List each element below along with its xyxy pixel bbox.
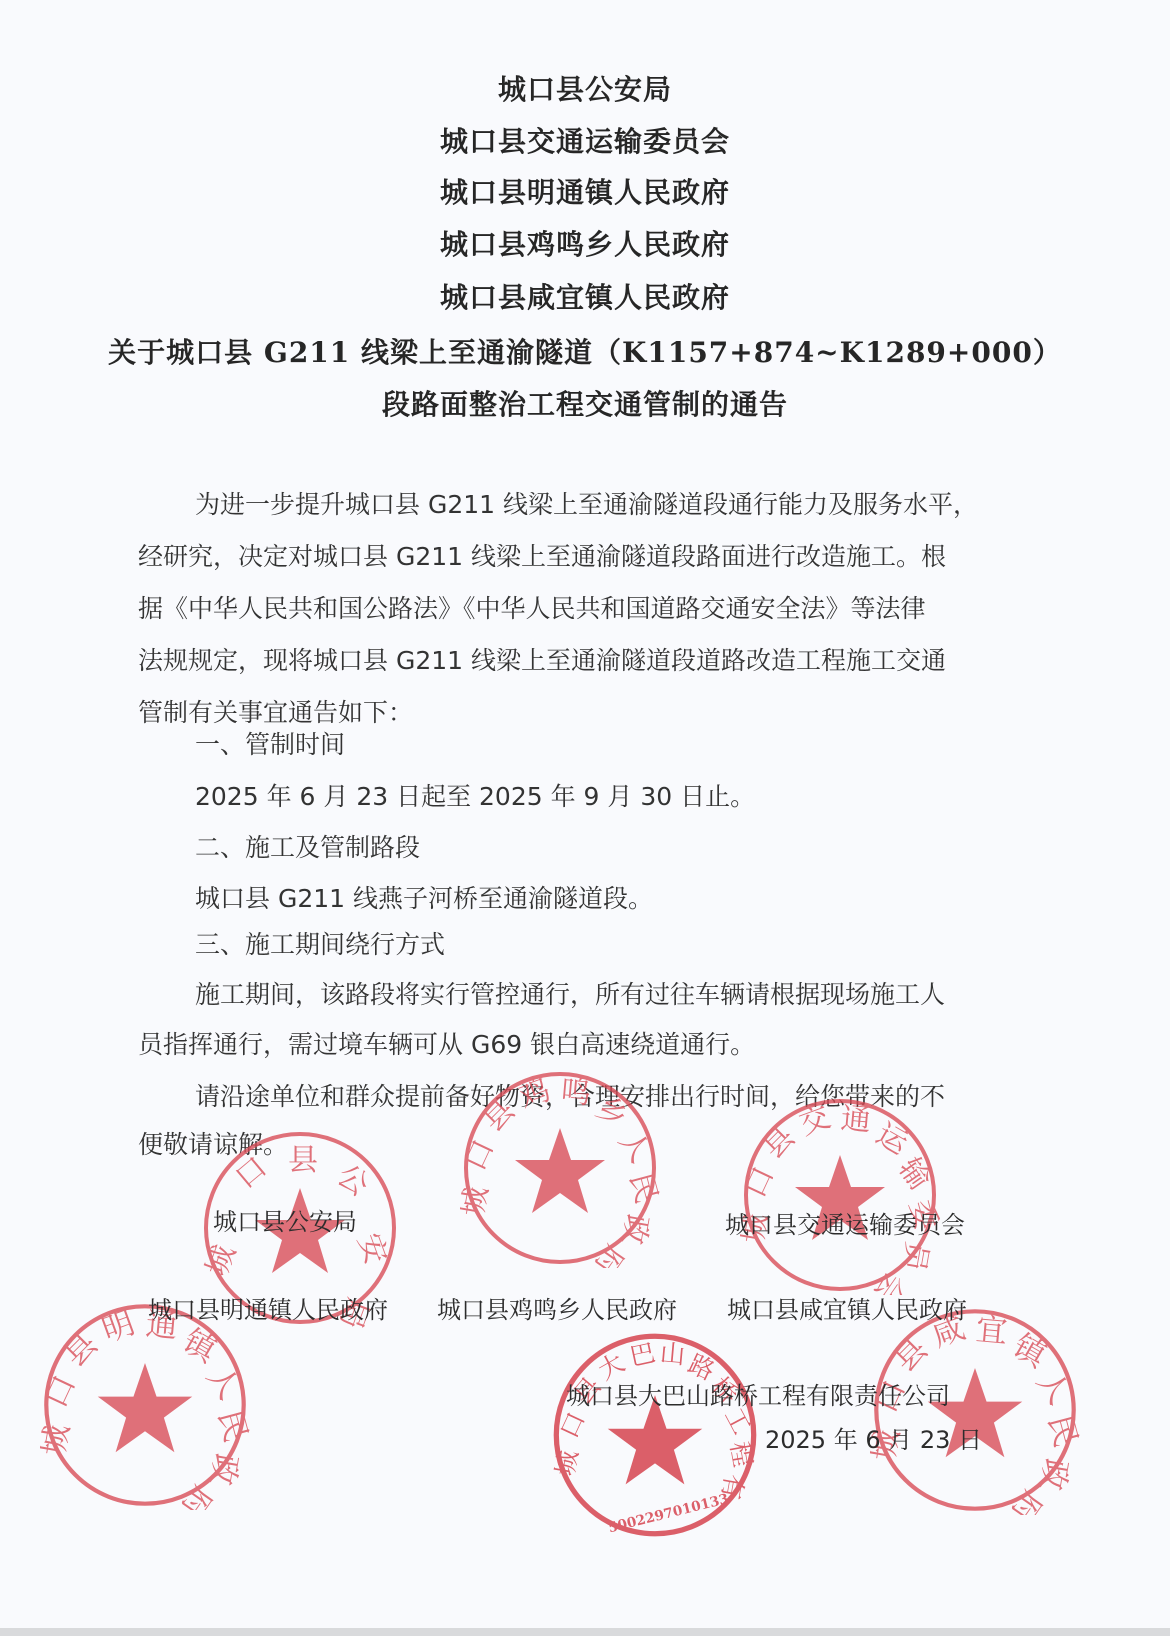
issuer-mingtong: 城口县明通镇人民政府 xyxy=(0,176,1170,210)
notice-title-line2: 段路面整治工程交通管制的通告 xyxy=(0,388,1170,422)
stamp-company: 城 口 县 大 巴 山 路 桥 工 程 有 5002297010133 xyxy=(550,1330,760,1540)
issuer-transport: 城口县交通运输委员会 xyxy=(0,125,1170,159)
section-content-detour-line2: 员指挥通行，需过境车辆可从 G69 银白高速绕道通行。 xyxy=(138,1028,755,1062)
intro-paragraph: 为进一步提升城口县 G211 线梁上至通渝隧道段通行能力及服务水平， 经研究，决… xyxy=(138,479,1038,739)
star-icon xyxy=(515,1128,605,1213)
svg-text:民: 民 xyxy=(211,1406,250,1446)
section-heading-control-time: 一、管制时间 xyxy=(195,728,345,762)
svg-text:人: 人 xyxy=(611,1125,657,1170)
signature-jiming: 城口县鸡鸣乡人民政府 xyxy=(437,1295,677,1325)
intro-line: 法规规定，现将城口县 G211 线梁上至通渝隧道段道路改造工程施工交通 xyxy=(138,635,1038,687)
section-content-detour-line1: 施工期间，该路段将实行管控通行，所有过往车辆请根据现场施工人 xyxy=(195,978,945,1012)
svg-text:县: 县 xyxy=(476,1093,522,1139)
svg-text:民: 民 xyxy=(1041,1411,1080,1451)
section-heading-detour: 三、施工期间绕行方式 xyxy=(195,928,445,962)
svg-text:人: 人 xyxy=(199,1360,247,1406)
svg-text:乡: 乡 xyxy=(590,1090,633,1135)
svg-text:县: 县 xyxy=(756,1120,802,1166)
svg-text:人: 人 xyxy=(1029,1365,1077,1411)
svg-text:城: 城 xyxy=(460,1184,495,1220)
svg-text:宜: 宜 xyxy=(974,1312,1009,1351)
svg-text:员: 员 xyxy=(895,1239,935,1277)
stamp-mingtong: 城 口 县 明 通 镇 人 民 政 府 xyxy=(40,1300,250,1510)
notice-title-line1: 关于城口县 G211 线梁上至通渝隧道（K1157+874~K1289+000） xyxy=(0,336,1170,370)
svg-text:政: 政 xyxy=(615,1212,655,1248)
svg-text:镇: 镇 xyxy=(177,1323,224,1371)
issuer-jiming: 城口县鸡鸣乡人民政府 xyxy=(0,228,1170,262)
signature-date: 2025 年 6 月 23 日 xyxy=(765,1425,982,1455)
svg-text:府: 府 xyxy=(173,1479,221,1510)
svg-text:县: 县 xyxy=(887,1331,935,1379)
svg-text:县: 县 xyxy=(288,1143,318,1178)
svg-text:交: 交 xyxy=(795,1099,835,1142)
signature-mingtong: 城口县明通镇人民政府 xyxy=(148,1295,388,1325)
intro-line: 为进一步提升城口县 G211 线梁上至通渝隧道段通行能力及服务水平， xyxy=(138,479,1038,531)
svg-text:县: 县 xyxy=(57,1326,105,1374)
svg-text:城: 城 xyxy=(40,1422,76,1459)
issuer-police: 城口县公安局 xyxy=(0,73,1170,107)
document-page: 城口县公安局 城口县交通运输委员会 城口县明通镇人民政府 城口县鸡鸣乡人民政府 … xyxy=(0,0,1170,1628)
intro-line: 据《中华人民共和国公路法》《中华人民共和国道路交通安全法》等法律 xyxy=(138,583,1038,635)
signature-xianyi: 城口县咸宜镇人民政府 xyxy=(727,1295,967,1325)
svg-text:程: 程 xyxy=(725,1439,758,1469)
svg-text:巴: 巴 xyxy=(627,1338,658,1372)
stamp-jiming: 城 口 县 鸡 鸣 乡 人 民 政 府 xyxy=(460,1068,660,1268)
svg-text:政: 政 xyxy=(1033,1456,1074,1493)
svg-text:府: 府 xyxy=(1003,1484,1051,1515)
section-content-road-segment: 城口县 G211 线燕子河桥至通渝隧道段。 xyxy=(195,882,653,916)
svg-text:运: 运 xyxy=(870,1117,914,1163)
issuer-xianyi: 城口县咸宜镇人民政府 xyxy=(0,281,1170,315)
svg-text:镇: 镇 xyxy=(1007,1328,1054,1376)
section-heading-road-segment: 二、施工及管制路段 xyxy=(195,831,420,865)
svg-text:鸡: 鸡 xyxy=(515,1072,555,1115)
page-bottom-edge xyxy=(0,1628,1170,1636)
svg-text:民: 民 xyxy=(622,1169,660,1207)
star-icon xyxy=(98,1363,193,1452)
signature-company: 城口县大巴山路桥工程有限责任公司 xyxy=(566,1381,950,1411)
svg-text:山: 山 xyxy=(659,1339,687,1370)
svg-text:输: 输 xyxy=(891,1152,937,1197)
svg-text:城: 城 xyxy=(550,1448,583,1478)
intro-line: 经研究，决定对城口县 G211 线梁上至通渝隧道段路面进行改造施工。根 xyxy=(138,531,1038,583)
svg-text:通: 通 xyxy=(839,1101,872,1138)
section-content-control-time: 2025 年 6 月 23 日起至 2025 年 9 月 30 日止。 xyxy=(195,780,755,814)
stamp-transport: 城 口 县 交 通 运 输 委 员 会 xyxy=(740,1095,940,1295)
signature-transport: 城口县交通运输委员会 xyxy=(725,1210,965,1240)
svg-text:明: 明 xyxy=(98,1305,140,1350)
signature-police: 城口县公安局 xyxy=(213,1207,357,1237)
svg-text:鸣: 鸣 xyxy=(559,1074,592,1111)
svg-text:政: 政 xyxy=(203,1451,244,1488)
